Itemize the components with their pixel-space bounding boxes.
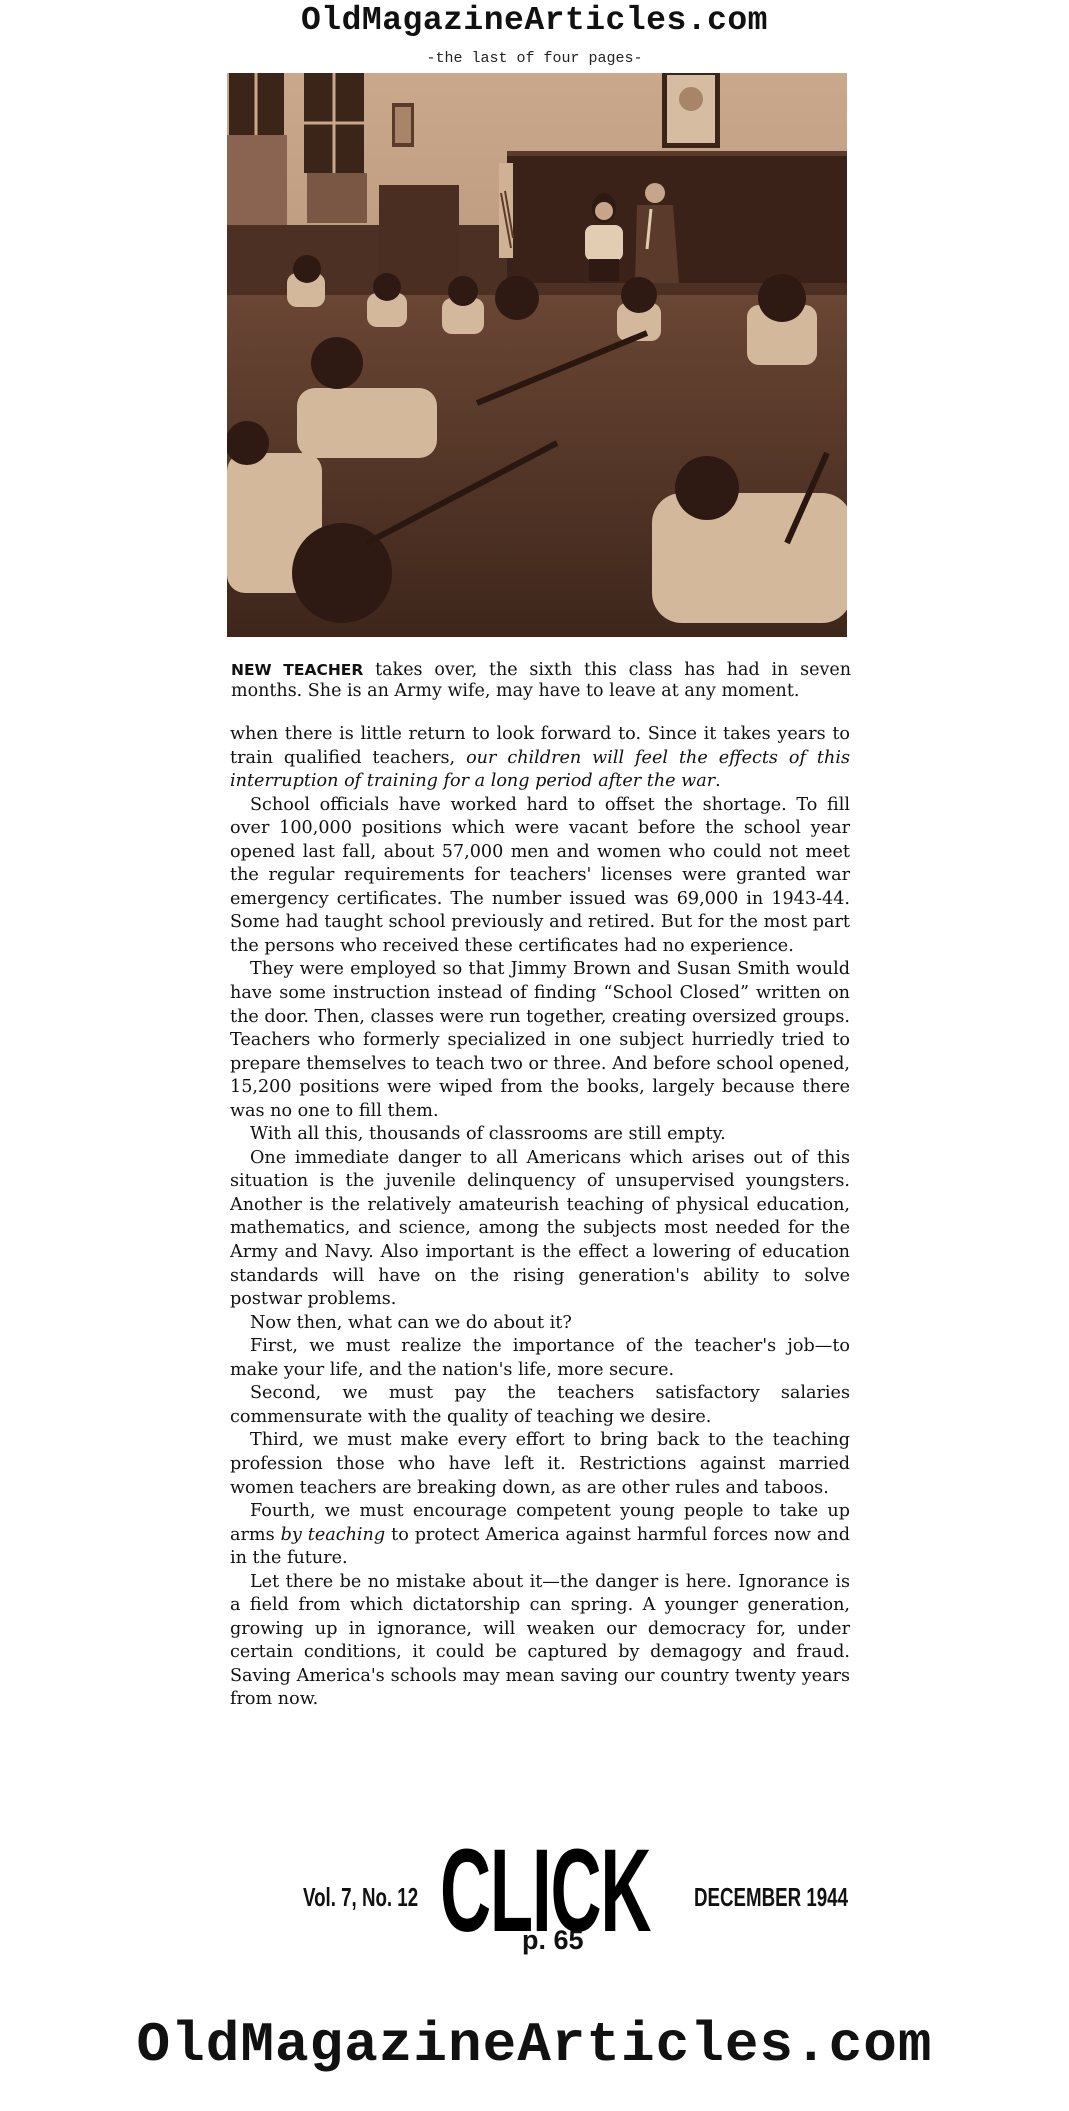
page-count-subheader: -the last of four pages-: [0, 50, 1069, 67]
text-run: Now then, what can we do about it?: [250, 1313, 572, 1333]
text-run: .: [715, 771, 721, 791]
page-number: p. 65: [522, 1925, 584, 1956]
article-paragraph: Second, we must pay the teachers satisfa…: [230, 1382, 850, 1429]
article-paragraph: Now then, what can we do about it?: [230, 1312, 850, 1336]
text-run: First, we must realize the importance of…: [230, 1336, 850, 1380]
caption-lead: NEW TEACHER: [231, 661, 363, 679]
text-run: They were employed so that Jimmy Brown a…: [230, 959, 850, 1120]
article-paragraph: With all this, thousands of classrooms a…: [230, 1123, 850, 1147]
magazine-masthead: Vol. 7, No. 12 CLICK DECEMBER 1944 p. 65: [0, 1842, 1069, 1952]
article-paragraph: School officials have worked hard to off…: [230, 794, 850, 959]
italic-text-run: by teaching: [281, 1525, 386, 1545]
text-run: One immediate danger to all Americans wh…: [230, 1148, 850, 1309]
classroom-photo-illustration: [227, 73, 847, 637]
photo-caption: NEW TEACHER takes over, the sixth this c…: [231, 660, 851, 702]
issue-volume: Vol. 7, No. 12: [303, 1882, 418, 1913]
text-run: With all this, thousands of classrooms a…: [250, 1124, 726, 1144]
article-paragraph: They were employed so that Jimmy Brown a…: [230, 958, 850, 1123]
site-footer-title: OldMagazineArticles.com: [0, 2013, 1069, 2077]
article-paragraph: Let there be no mistake about it—the dan…: [230, 1571, 850, 1712]
article-paragraph: First, we must realize the importance of…: [230, 1335, 850, 1382]
article-paragraph: One immediate danger to all Americans wh…: [230, 1147, 850, 1312]
text-run: Second, we must pay the teachers satisfa…: [230, 1383, 850, 1427]
article-paragraph: when there is little return to look forw…: [230, 723, 850, 794]
site-header-title: OldMagazineArticles.com: [0, 2, 1069, 39]
text-run: Let there be no mistake about it—the dan…: [230, 1572, 850, 1710]
text-run: Third, we must make every effort to brin…: [230, 1430, 850, 1497]
article-body: when there is little return to look forw…: [230, 723, 850, 1712]
article-paragraph: Third, we must make every effort to brin…: [230, 1429, 850, 1500]
issue-date: DECEMBER 1944: [694, 1882, 848, 1913]
article-paragraph: Fourth, we must encourage competent youn…: [230, 1500, 850, 1571]
text-run: School officials have worked hard to off…: [230, 795, 850, 956]
classroom-photo: [227, 73, 847, 637]
